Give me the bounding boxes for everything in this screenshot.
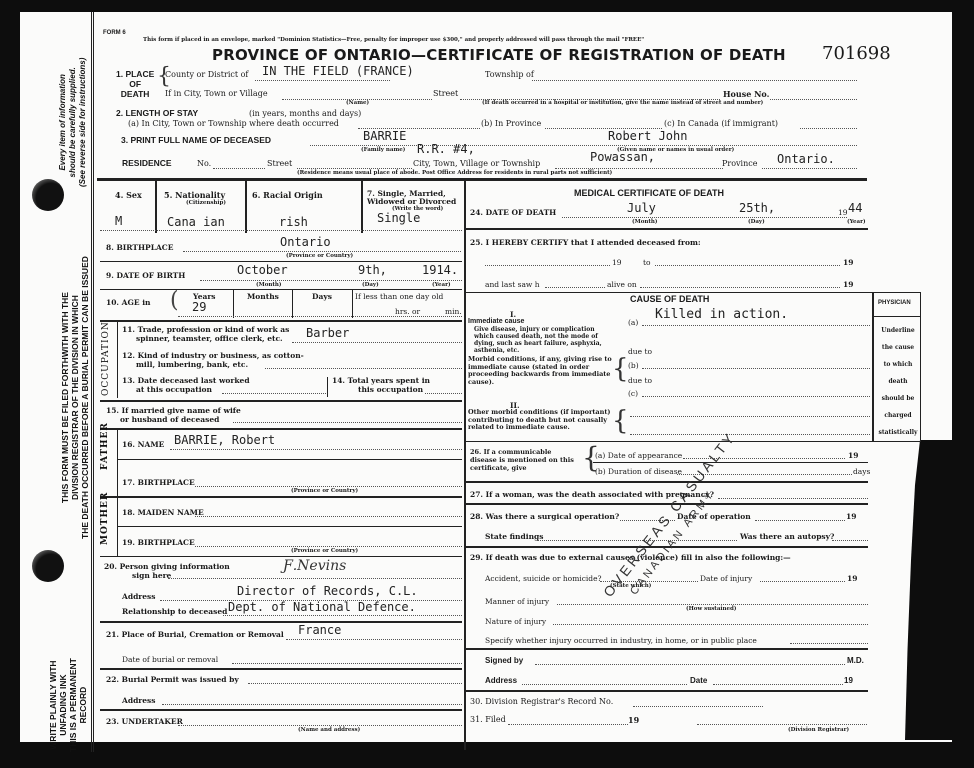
nationality-label: 5. Nationality	[164, 190, 225, 200]
permit-address-line	[162, 704, 462, 705]
side-strip: Every item of information should be care…	[20, 12, 94, 752]
divider	[118, 459, 462, 460]
side-text: THIS IS A PERMANENT	[68, 658, 78, 752]
residence-caption: (Residence means usual place of abode. P…	[297, 170, 612, 176]
dod-year-caption: (Year)	[847, 219, 866, 225]
dod-year-value: 44	[848, 201, 862, 215]
stay-canada-label: (c) In Canada (if immigrant)	[664, 119, 778, 128]
age-line	[178, 316, 462, 317]
birthplace-line	[183, 251, 461, 252]
label-text: 1. PLACE	[116, 69, 154, 79]
burial-place-value: France	[298, 623, 341, 637]
residence-province-label: Province	[722, 159, 757, 168]
undertaker-caption: (Name and address)	[298, 727, 360, 733]
pregnancy-line	[718, 498, 868, 499]
accident-label: Accident, suicide or homicide?	[485, 574, 602, 583]
informant-address-label: Address	[122, 592, 155, 601]
length-of-stay-label: 2. LENGTH OF STAY	[116, 108, 198, 118]
label-text: 20. Person giving information	[104, 562, 230, 571]
occupation-section-label: OCCUPATION	[101, 321, 111, 396]
county-line	[255, 80, 390, 81]
father-name-value: BARRIE, Robert	[174, 433, 275, 447]
residence-province-line	[762, 168, 857, 169]
certify-19b: 19	[843, 258, 853, 267]
mail-notice: This form if placed in an envelope, mark…	[143, 37, 644, 43]
row-line	[100, 230, 462, 231]
divider	[872, 292, 874, 442]
filed-label: 31. Filed	[470, 715, 506, 724]
birthplace-label: 8. BIRTHPLACE	[106, 243, 173, 252]
filed-line	[508, 724, 628, 725]
alive-on-line	[640, 287, 840, 288]
trade-label: 11. Trade, profession or kind of work as…	[122, 325, 289, 343]
father-birthplace-line	[195, 486, 462, 487]
mother-maiden-line	[195, 516, 462, 517]
street-label: Street	[433, 89, 458, 98]
certify-label: 25. I HEREBY CERTIFY that I attended dec…	[470, 238, 701, 247]
residence-street-line	[297, 168, 412, 169]
manner-label: Manner of injury	[485, 597, 549, 606]
brace-icon: (	[170, 288, 179, 313]
side-text: UNFADING INK	[58, 658, 68, 752]
deceased-name-line	[310, 145, 857, 146]
mother-birthplace-caption: (Province or Country)	[291, 548, 358, 554]
name-caption: (Name)	[346, 100, 369, 106]
divider	[352, 290, 353, 318]
injury-date-label: Date of injury	[700, 574, 752, 583]
other-line-2	[630, 434, 870, 435]
divider	[100, 496, 462, 498]
label-text: OF	[116, 79, 154, 89]
burial-date-label: Date of burial or removal	[122, 655, 218, 664]
birthplace-caption: (Province or Country)	[286, 253, 353, 259]
how-sustained-caption: (How sustained)	[686, 606, 736, 612]
age-months-label: Months	[247, 292, 279, 301]
certify-19a: 19	[612, 258, 622, 267]
age-less-than-day-label: If less than one day old	[355, 292, 443, 301]
autopsy-line	[832, 540, 868, 541]
physician-heading: PHYSICIAN	[878, 300, 911, 306]
certificate-number: 701698	[822, 43, 891, 64]
signed-by-line	[535, 664, 845, 665]
divider	[97, 178, 867, 181]
signature-date-line	[713, 684, 843, 685]
age-hrs-label: hrs. or	[395, 307, 420, 316]
divider	[292, 290, 293, 318]
divider	[327, 377, 328, 397]
residence-no-label: No.	[197, 159, 211, 168]
column-divider	[464, 180, 466, 750]
mother-section-label: MOTHER	[100, 492, 110, 545]
signature-address-line	[522, 684, 687, 685]
relationship-value: Dept. of National Defence.	[228, 600, 416, 614]
side-text: THE DEATH OCCURRED BEFORE A BURIAL PERMI…	[80, 256, 90, 539]
informant-address-value: Director of Records, C.L.	[237, 584, 418, 598]
trade-value: Barber	[306, 326, 349, 340]
nature-label: Nature of injury	[485, 617, 546, 626]
cause-a-line	[642, 325, 870, 326]
side-text: Every item of information	[58, 58, 68, 187]
cause-c-label: (c)	[628, 389, 638, 398]
age-days-label: Days	[312, 292, 332, 301]
divider	[117, 430, 118, 498]
page-title: PROVINCE OF ONTARIO—CERTIFICATE OF REGIS…	[212, 46, 786, 64]
hospital-caption: (If death occurred in a hospital or inst…	[482, 100, 763, 106]
divider	[872, 316, 921, 317]
injury-19: 19	[847, 574, 857, 583]
divider	[117, 498, 118, 556]
filed-19: 19	[628, 715, 639, 725]
informant-signature: Ƒ.Nevins	[283, 558, 346, 574]
manner-line	[557, 604, 868, 605]
divider	[466, 228, 868, 230]
undertaker-label: 23. UNDERTAKER	[106, 717, 183, 726]
dod-year-prefix: 19	[838, 208, 848, 217]
year-caption: (Year)	[432, 282, 451, 288]
burial-place-line	[286, 639, 462, 640]
note-text: Underline	[876, 322, 920, 339]
stay-city-label: (a) In City, Town or Township where deat…	[128, 119, 339, 128]
divider	[100, 400, 462, 402]
divider	[118, 526, 462, 527]
autopsy-label: Was there an autopsy?	[740, 532, 834, 541]
certify-to: to	[643, 258, 651, 267]
morbid-label: Morbid conditions, if any, giving rise t…	[468, 356, 618, 386]
note-text: charged	[876, 407, 920, 424]
brace-icon: {	[612, 356, 629, 382]
father-name-label: 16. NAME	[122, 440, 164, 449]
family-name-value: BARRIE	[363, 129, 406, 143]
township-line	[532, 80, 857, 81]
divider	[233, 290, 234, 318]
registrar-line	[697, 724, 867, 725]
side-top-notice: Every item of information should be care…	[58, 58, 88, 187]
total-years-label: 14. Total years spent in this occupation	[332, 376, 430, 394]
length-of-stay-suffix: (in years, months and days)	[249, 109, 361, 118]
dob-day-value: 9th,	[358, 263, 387, 277]
county-value: IN THE FIELD (FRANCE)	[262, 64, 414, 78]
due-to-1: due to	[628, 347, 652, 356]
note-text: the cause	[876, 339, 920, 356]
note-text: statistically	[876, 424, 920, 441]
cause-a-value: Killed in action.	[655, 307, 788, 322]
marital-value: Single	[377, 211, 420, 225]
divider	[155, 181, 157, 233]
label-text: 11. Trade, profession or kind of work as	[122, 325, 289, 334]
residence-street-value: R.R. #4,	[417, 142, 475, 156]
medical-heading: MEDICAL CERTIFICATE OF DEATH	[574, 188, 724, 198]
record-no-label: 30. Division Registrar's Record No.	[470, 697, 613, 706]
divider	[100, 621, 462, 623]
form-number: FORM 6	[103, 30, 126, 36]
label-text: or husband of deceased	[106, 415, 241, 424]
label-text: this occupation	[332, 385, 430, 394]
cause-a-label: (a)	[628, 318, 638, 327]
duration-label: (b) Duration of disease	[595, 467, 682, 476]
specify-line	[790, 643, 868, 644]
side-bottom-notice: WRITE PLAINLY WITH UNFADING INK THIS IS …	[48, 658, 88, 752]
house-line	[770, 99, 857, 100]
permit-line	[248, 683, 462, 684]
side-text: THIS FORM MUST BE FILED FORTHWITH WITH T…	[60, 256, 70, 539]
certify-from-line	[485, 265, 610, 266]
age-min-label: min.	[445, 307, 462, 316]
family-caption: (Family name)	[361, 147, 405, 153]
note-text: to which	[876, 356, 920, 373]
label-text: 12. Kind of industry or business, as cot…	[122, 351, 304, 360]
relationship-line	[223, 615, 462, 616]
residence-city-line	[555, 168, 723, 169]
racial-origin-label: 6. Racial Origin	[252, 190, 323, 200]
nationality-value: Cana ian	[167, 215, 225, 229]
findings-label: State findings	[485, 532, 544, 541]
father-birthplace-label: 17. BIRTHPLACE	[122, 478, 195, 487]
brace-icon: {	[612, 408, 629, 434]
county-label: County or District of	[165, 70, 248, 79]
residence-city-value: Powassan,	[590, 150, 655, 164]
racial-origin-value: rish	[279, 215, 308, 229]
stay-province-label: (b) In Province	[481, 119, 541, 128]
side-text: DIVISION REGISTRAR OF THE DIVISION IN WH…	[70, 256, 80, 539]
total-years-line	[425, 393, 462, 394]
spouse-label: 15. If married give name of wife or husb…	[106, 406, 241, 424]
spouse-line	[233, 422, 462, 423]
divider	[466, 690, 868, 692]
age-years-value: 29	[192, 300, 206, 314]
operation-date-line	[755, 520, 845, 521]
signature-date-label: Date	[690, 676, 707, 685]
dod-label: 24. DATE OF DEATH	[470, 208, 556, 217]
label-text: DEATH	[116, 89, 154, 99]
duration-days: days	[853, 467, 870, 476]
md-label: M.D.	[847, 656, 864, 665]
father-name-line	[170, 449, 462, 450]
nature-line	[553, 624, 868, 625]
last-worked-line	[222, 393, 326, 394]
day-caption: (Day)	[362, 282, 379, 288]
place-of-death-label: 1. PLACE OF DEATH	[116, 69, 154, 99]
age-label: 10. AGE in	[106, 298, 151, 307]
divider	[100, 320, 462, 322]
divider	[100, 261, 462, 262]
divider	[245, 181, 247, 233]
sex-label: 4. Sex	[115, 190, 142, 200]
divider	[466, 481, 868, 483]
dod-day-caption: (Day)	[748, 219, 765, 225]
sex-value: M	[115, 214, 122, 228]
last-worked-label: 13. Date deceased last worked at this oc…	[122, 376, 250, 394]
dod-day-value: 25th,	[739, 201, 775, 215]
industry-label: 12. Kind of industry or business, as cot…	[122, 351, 304, 369]
divider	[593, 462, 868, 463]
label-text: 15. If married give name of wife	[106, 406, 241, 415]
industry-line	[265, 368, 462, 369]
month-caption: (Month)	[256, 282, 282, 288]
specify-label: Specify whether injury occurred in indus…	[485, 636, 757, 645]
residence-street-label: Street	[267, 159, 292, 168]
record-no-line	[633, 706, 763, 707]
given-names-value: Robert John	[608, 129, 687, 143]
residence-city-label: City, Town, Village or Township	[413, 159, 540, 168]
divider	[100, 709, 462, 711]
residence-no-line	[213, 168, 265, 169]
signed-by-label: Signed by	[485, 656, 523, 665]
other-label: Other morbid conditions (if important) c…	[468, 409, 618, 432]
immediate-label: Immediate cause	[468, 318, 524, 325]
operation-19: 19	[846, 512, 856, 521]
divider	[100, 556, 462, 557]
binder-hole-icon	[32, 179, 64, 211]
trade-line	[292, 342, 462, 343]
alive-on-label: alive on	[607, 280, 637, 289]
nationality-caption: (Citizenship)	[186, 200, 226, 206]
dob-label: 9. DATE OF BIRTH	[106, 271, 185, 280]
side-text: RECORD	[78, 658, 88, 752]
house-label: House No.	[723, 89, 769, 99]
label-text: 13. Date deceased last worked	[122, 376, 250, 385]
label-text: Widowed or Divorced	[367, 198, 456, 206]
stay-canada-line	[800, 128, 857, 129]
divider	[466, 648, 868, 650]
permit-label: 22. Burial Permit was issued by	[106, 675, 239, 684]
marital-label: 7. Single, Married, Widowed or Divorced	[367, 190, 456, 206]
permit-address-label: Address	[122, 696, 155, 705]
father-birthplace-caption: (Province or Country)	[291, 488, 358, 494]
divider	[100, 668, 462, 670]
residence-label: RESIDENCE	[122, 158, 172, 168]
surgery-label: 28. Was there a surgical operation?	[470, 512, 619, 521]
cause-b-label: (b)	[628, 361, 639, 370]
last-saw-19: 19	[843, 280, 853, 289]
cause-c-line	[642, 396, 870, 397]
due-to-2: due to	[628, 376, 652, 385]
side-text: should be carefully supplied.	[68, 58, 78, 187]
note-text: should be	[876, 390, 920, 407]
dob-month-value: October	[237, 263, 288, 277]
father-section-label: FATHER	[100, 422, 110, 470]
divider	[361, 181, 363, 233]
dod-month-value: July	[627, 201, 656, 215]
dod-line	[562, 217, 847, 218]
last-saw-line	[545, 287, 605, 288]
cause-b-line	[642, 368, 870, 369]
informant-sign-line	[168, 578, 462, 579]
side-text: (See reverse side for instructions)	[78, 58, 88, 187]
last-saw-label: and last saw h	[485, 280, 540, 289]
burial-date-line	[232, 663, 462, 664]
injury-date-line	[760, 581, 845, 582]
side-middle-notice: THIS FORM MUST BE FILED FORTHWITH WITH T…	[60, 256, 90, 539]
label-text: spinner, teamster, office clerk, etc.	[122, 334, 289, 343]
signature-address-label: Address	[485, 676, 517, 685]
mother-maiden-label: 18. MAIDEN NAME	[122, 508, 204, 517]
relationship-label: Relationship to deceased	[122, 607, 227, 616]
dob-year-value: 1914.	[422, 263, 458, 277]
mother-birthplace-line	[195, 546, 462, 547]
city-label: If in City, Town or Village	[165, 89, 268, 98]
communicable-label: 26. If a communicable disease is mention…	[470, 448, 580, 472]
cause-heading: CAUSE OF DEATH	[630, 294, 709, 304]
registrar-caption: (Division Registrar)	[788, 727, 849, 733]
physician-note: Underline the cause to which death shoul…	[876, 322, 920, 441]
signature-19: 19	[844, 676, 853, 685]
note-text: death	[876, 373, 920, 390]
certify-to-line	[655, 265, 840, 266]
dob-line	[200, 280, 462, 281]
label-text: 14. Total years spent in	[332, 376, 430, 385]
appearance-label: (a) Date of appearance	[595, 451, 682, 460]
appearance-19: 19	[848, 451, 858, 460]
other-line-1	[630, 416, 870, 417]
undertaker-line	[178, 725, 462, 726]
birthplace-value: Ontario	[280, 235, 331, 249]
immediate-desc: Give disease, injury or complication whi…	[474, 326, 614, 354]
dod-month-caption: (Month)	[632, 219, 658, 225]
binder-hole-icon	[32, 550, 64, 582]
mother-birthplace-label: 19. BIRTHPLACE	[122, 538, 195, 547]
divider	[117, 322, 118, 398]
divider	[100, 289, 462, 290]
township-label: Township of	[485, 70, 534, 79]
residence-province-value: Ontario.	[777, 152, 835, 166]
deceased-name-label: 3. PRINT FULL NAME OF DECEASED	[121, 135, 271, 145]
scan-border	[20, 742, 952, 768]
burial-place-label: 21. Place of Burial, Cremation or Remova…	[106, 630, 284, 639]
divider	[100, 428, 462, 430]
side-text: WRITE PLAINLY WITH	[48, 658, 58, 752]
